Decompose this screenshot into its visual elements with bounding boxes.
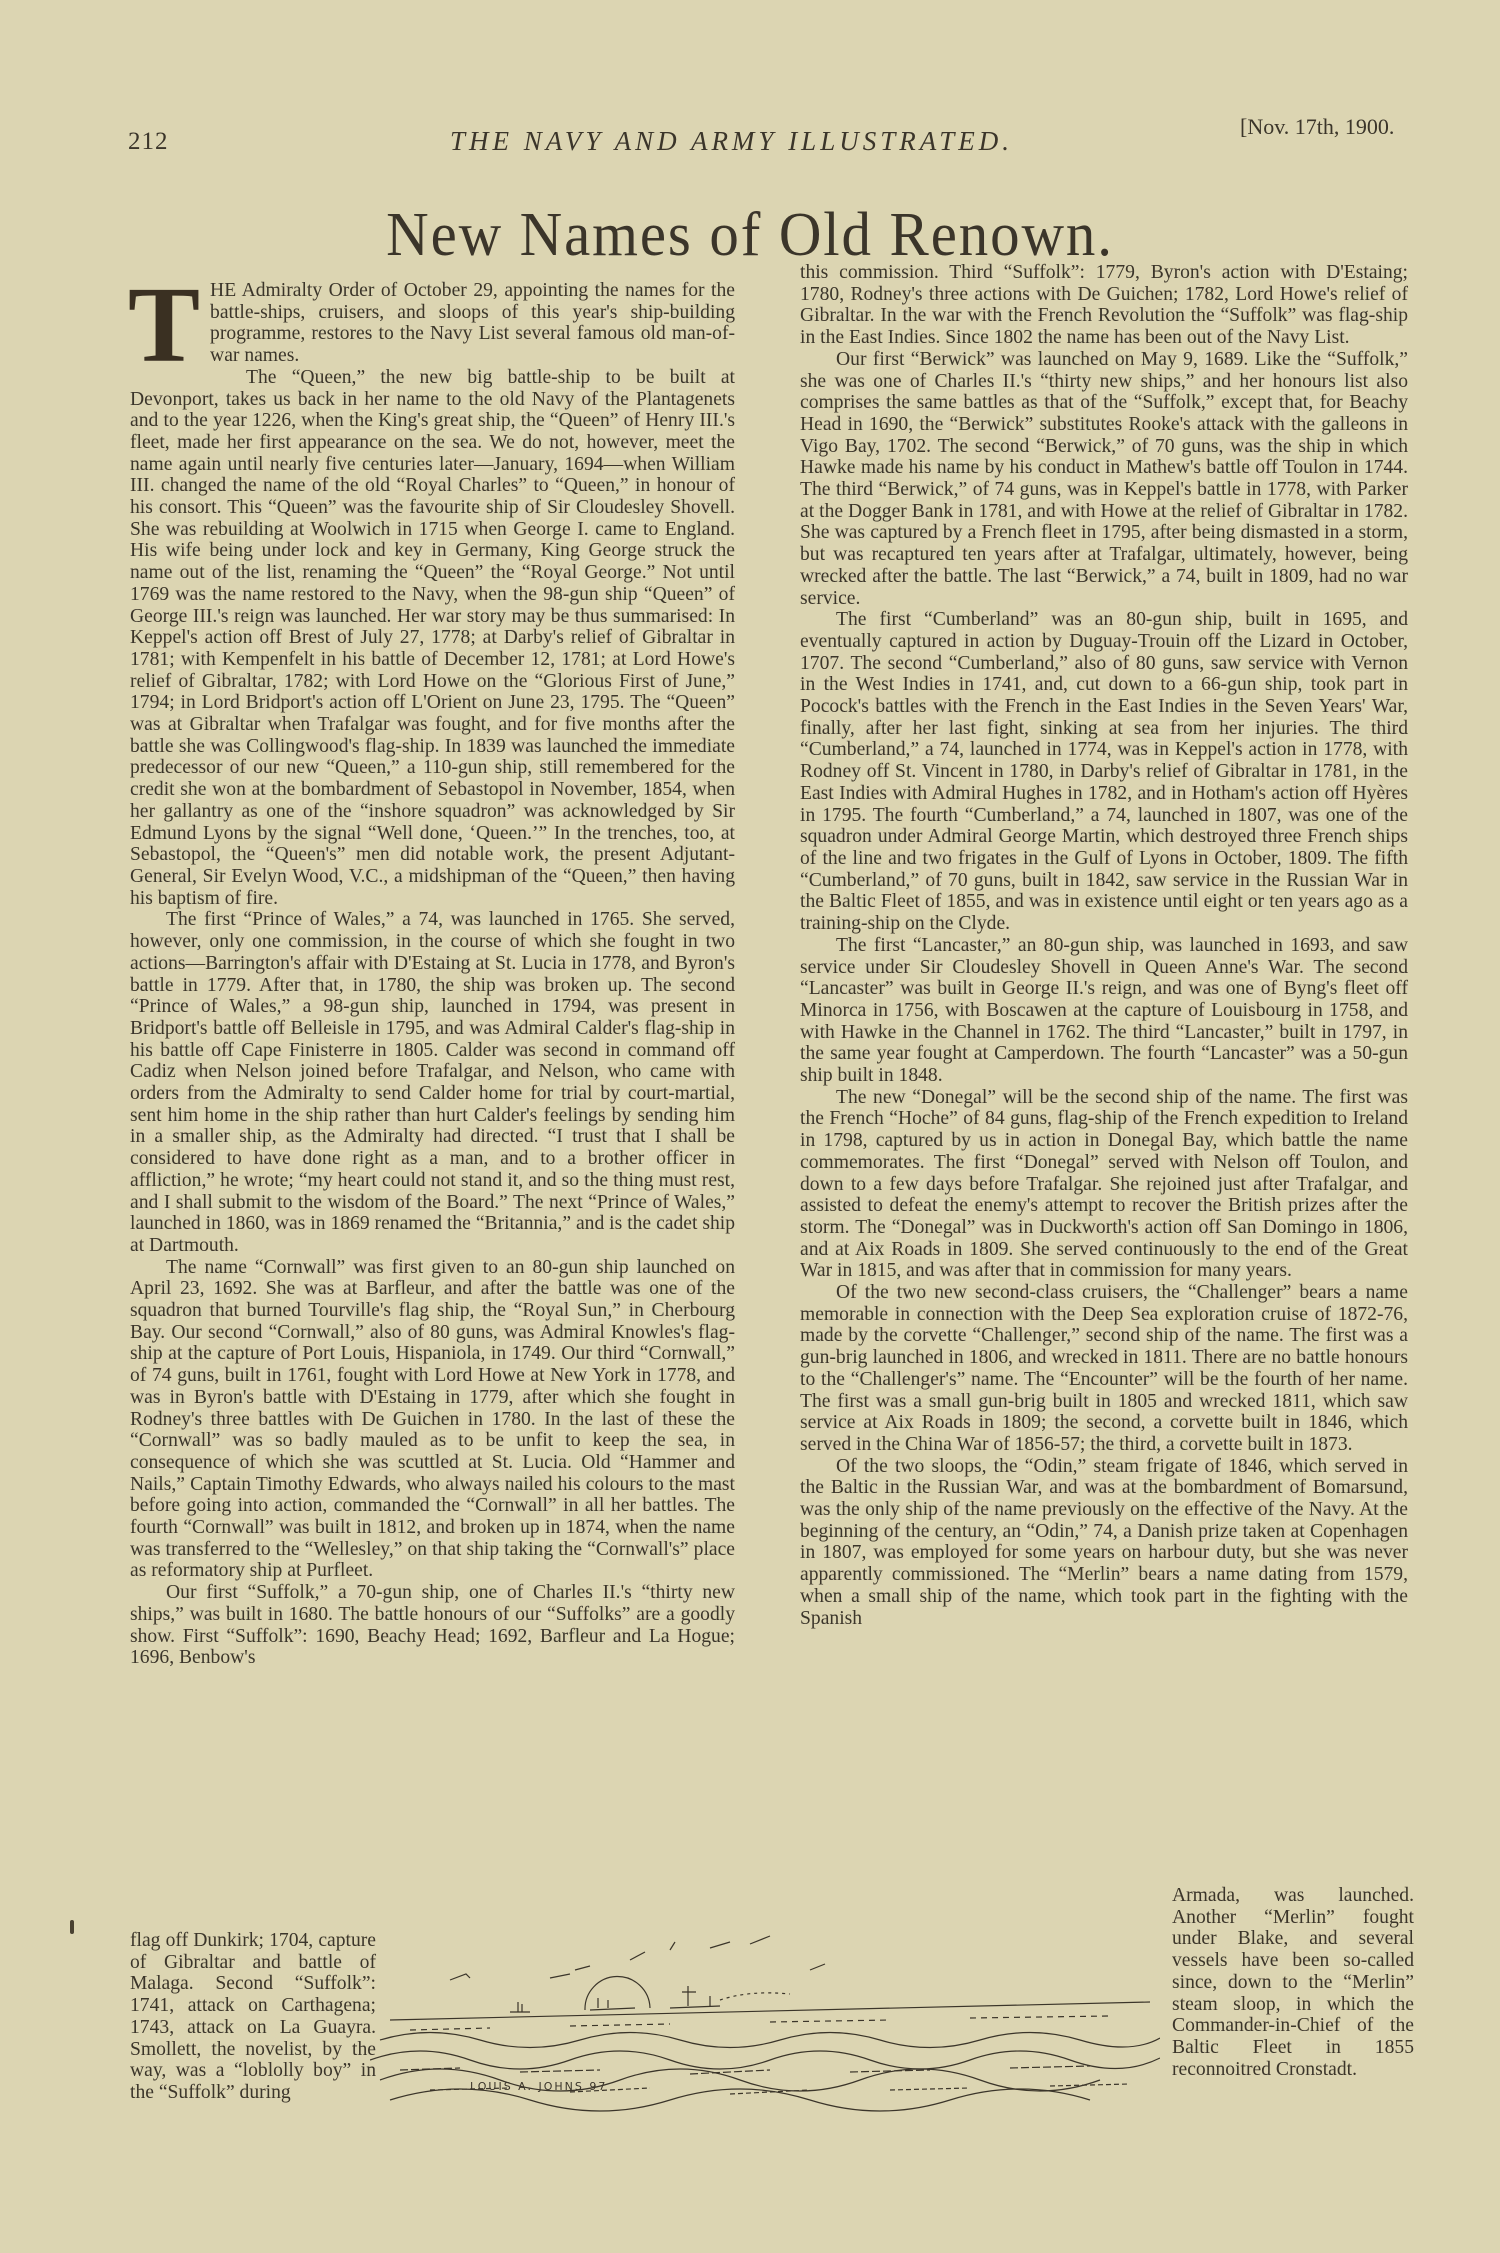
running-head: THE NAVY AND ARMY ILLUSTRATED. [450,126,1013,157]
paragraph-suffolk-end: this commission. Third “Suffolk”: 1779, … [800,262,1408,349]
paragraph-suffolk-cont: flag off Dunkirk; 1704, capture of Gibra… [130,1930,376,2104]
drop-cap: T [128,284,200,368]
paragraph-donegal: The new “Donegal” will be the second shi… [800,1087,1408,1282]
paragraph-merlin-cont: Armada, was launched. Another “Merlin” f… [1172,1885,1414,2080]
ink-speck [70,1920,74,1934]
paragraph-intro: THE Admiralty Order of October 29, appoi… [130,280,735,367]
left-narrow-column: flag off Dunkirk; 1704, capture of Gibra… [130,1930,376,2104]
paragraph-odin-merlin: Of the two sloops, the “Odin,” steam fri… [800,1456,1408,1630]
paragraph-lancaster: The first “Lancaster,” an 80-gun ship, w… [800,935,1408,1087]
page-number: 212 [128,128,169,156]
right-narrow-column: Armada, was launched. Another “Merlin” f… [1172,1885,1414,2080]
paragraph-cornwall: The name “Cornwall” was first given to a… [130,1257,735,1583]
paragraph-cumberland: The first “Cumberland” was an 80-gun shi… [800,609,1408,935]
artist-signature: LOUIS A. JOHNS 97 [470,2080,607,2093]
right-column: this commission. Third “Suffolk”: 1779, … [800,262,1408,1629]
issue-date: [Nov. 17th, 1900. [1240,114,1394,140]
paragraph-berwick: Our first “Berwick” was launched on May … [800,349,1408,609]
paragraph-suffolk: Our first “Suffolk,” a 70-gun ship, one … [130,1582,735,1669]
paragraph-queen: The “Queen,” the new big battle-ship to … [130,367,735,910]
left-column: THE Admiralty Order of October 29, appoi… [130,280,735,1669]
article-title: New Names of Old Renown. [38,200,1463,271]
paragraph-prince-of-wales: The first “Prince of Wales,” a 74, was l… [130,909,735,1256]
paragraph-challenger: Of the two new second-class cruisers, th… [800,1282,1408,1456]
